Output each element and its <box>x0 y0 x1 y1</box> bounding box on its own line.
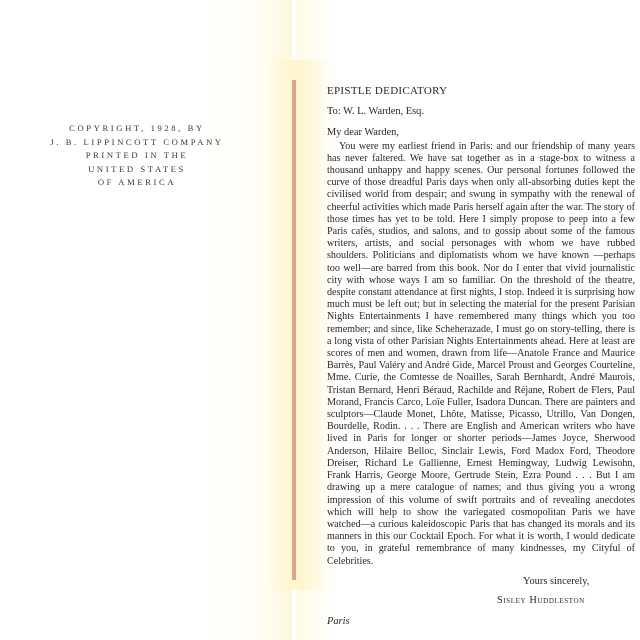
author-signature: Sisley Huddleston <box>327 595 635 607</box>
salutation: My dear Warden, <box>327 127 635 139</box>
page-heading: EPISTLE DEDICATORY <box>327 85 635 97</box>
book-spine-gutter <box>292 80 296 580</box>
imprint-line: J. B. LIPPINCOTT COMPANY <box>2 136 272 150</box>
dedication-content: EPISTLE DEDICATORY To: W. L. Warden, Esq… <box>327 85 635 628</box>
gutter-shadow <box>270 60 330 590</box>
imprint-line: COPYRIGHT, 1928, BY <box>2 122 272 136</box>
closing-line: Yours sincerely, <box>327 576 635 588</box>
imprint-line: UNITED STATES <box>2 163 272 177</box>
copyright-page: COPYRIGHT, 1928, BY J. B. LIPPINCOTT COM… <box>0 0 292 640</box>
imprint-line: PRINTED IN THE <box>2 149 272 163</box>
copyright-imprint: COPYRIGHT, 1928, BY J. B. LIPPINCOTT COM… <box>2 122 272 190</box>
addressee-line: To: W. L. Warden, Esq. <box>327 106 635 118</box>
place-line: Paris <box>327 616 635 628</box>
imprint-line: OF AMERICA <box>2 176 272 190</box>
dedication-body: You were my earliest friend in Paris: an… <box>327 141 635 568</box>
book-spread: COPYRIGHT, 1928, BY J. B. LIPPINCOTT COM… <box>0 0 640 640</box>
